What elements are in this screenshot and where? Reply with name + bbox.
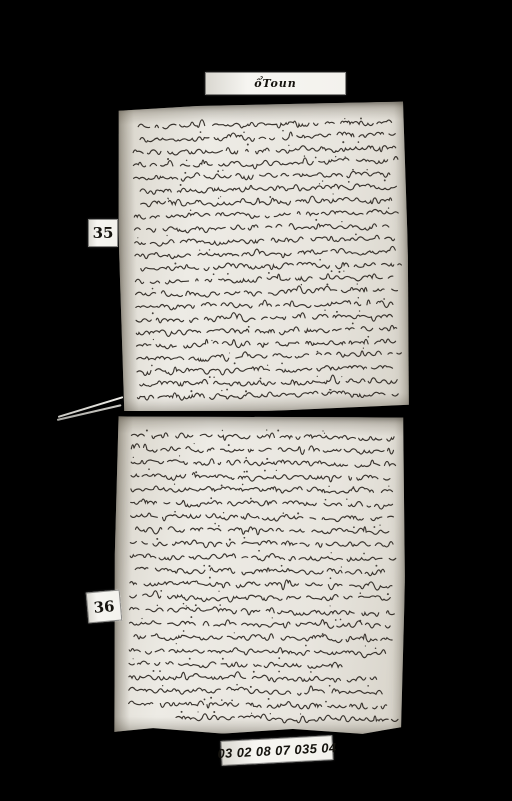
folio-label-35-text: 35 bbox=[93, 224, 114, 242]
manuscript-page-36 bbox=[112, 414, 406, 735]
photo-stage: ổToun 35 36 03 02 08 07 035 04 bbox=[0, 0, 512, 801]
shelfmark-label-text: 03 02 08 07 035 04 bbox=[217, 740, 337, 761]
shelfmark-label: 03 02 08 07 035 04 bbox=[220, 735, 333, 766]
handwriting-page-36 bbox=[112, 414, 406, 735]
folio-label-36-text: 36 bbox=[93, 597, 115, 617]
title-label: ổToun bbox=[205, 72, 346, 95]
folio-label-35: 35 bbox=[88, 219, 118, 247]
title-label-text: ổToun bbox=[254, 77, 297, 90]
folio-label-36: 36 bbox=[86, 590, 123, 624]
handwriting-page-35 bbox=[116, 102, 410, 414]
manuscript-page-35 bbox=[116, 102, 410, 414]
